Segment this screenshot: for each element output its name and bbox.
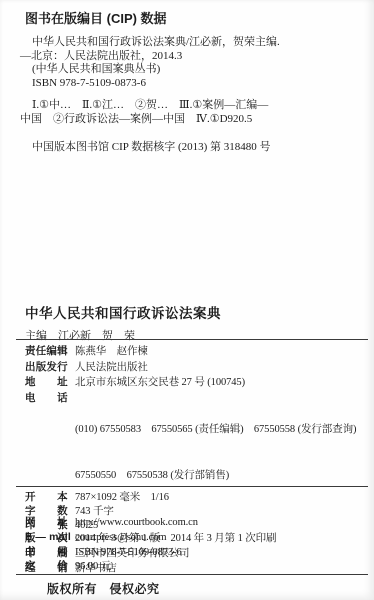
cip-classification: Ⅰ.①中… Ⅱ.①江… ②贺… Ⅲ.①案例—汇编— 中国 ②行政诉讼法—案例—中… (25, 99, 364, 126)
row-label: 书 号 (25, 546, 75, 560)
row-value: ISBN 978-7-5109-0873-6 (75, 546, 182, 560)
row-label: 印 张 (25, 519, 75, 533)
metrics-table: 开 本 787×1092 毫米 1/16 字 数 743 千字 印 张 40.2… (25, 491, 368, 574)
row-sheets: 印 张 40.25 (25, 519, 368, 533)
row-responsible-editors: 责任编辑 陈燕华 赵作楝 (25, 344, 368, 360)
cip-publisher-line: —北京：人民法院出版社，2014.3 (20, 50, 364, 64)
cip-description: 中华人民共和国行政诉讼法案典/江必新，贺荣主编. —北京：人民法院出版社，201… (25, 36, 364, 90)
book-title: 中华人民共和国行政诉讼法案典 (25, 302, 364, 322)
row-label: 责任编辑 (25, 344, 75, 360)
cip-registry-number: 中国版本图书馆 CIP 数据核字 (2013) 第 318480 号 (25, 138, 364, 154)
row-value: 2014 年 3 月第 1 版 2014 年 3 月第 1 次印刷 (75, 532, 276, 546)
row-value: 40.25 (75, 519, 98, 533)
row-label: 地 址 (25, 375, 75, 391)
cip-isbn-line: ISBN 978-7-5109-0873-6 (25, 77, 364, 91)
row-value: 96.00 元 (75, 560, 111, 574)
editors-line: 主编 江必新 贺 荣 (25, 327, 364, 343)
divider-bottom (16, 574, 368, 575)
row-format: 开 本 787×1092 毫米 1/16 (25, 491, 368, 505)
row-label: 开 本 (25, 491, 75, 505)
row-label: 版 次 (25, 532, 75, 546)
row-address: 地 址 北京市东城区东交民巷 27 号 (100745) (25, 375, 368, 391)
telephone-line-2: 67550550 67550538 (发行部销售) (75, 468, 356, 484)
title-block: 中华人民共和国行政诉讼法案典 主编 江必新 贺 荣 (25, 302, 364, 343)
cip-series-line: (中华人民共和国案典丛书) (25, 63, 364, 77)
row-value: 743 千字 (75, 505, 114, 519)
classification-line-2: 中国 ②行政诉讼法—案例—中国 Ⅳ.①D920.5 (20, 113, 364, 127)
row-label: 定 价 (25, 560, 75, 574)
row-label: 出版发行 (25, 360, 75, 376)
divider-middle (16, 486, 368, 487)
telephone-line-1: (010) 67550583 67550565 (责任编辑) 67550558 … (75, 422, 356, 438)
divider-top (16, 339, 368, 340)
row-label: 电 话 (25, 391, 75, 407)
cip-block: 图书在版编目 (CIP) 数据 中华人民共和国行政诉讼法案典/江必新，贺荣主编.… (25, 8, 364, 154)
row-publisher: 出版发行 人民法院出版社 (25, 360, 368, 376)
row-edition: 版 次 2014 年 3 月第 1 版 2014 年 3 月第 1 次印刷 (25, 532, 368, 546)
copyright-notice: 版权所有 侵权必究 (47, 580, 160, 597)
row-value: 陈燕华 赵作楝 (75, 344, 148, 360)
classification-line-1: Ⅰ.①中… Ⅱ.①江… ②贺… Ⅲ.①案例—汇编— (25, 99, 364, 113)
row-value: 787×1092 毫米 1/16 (75, 491, 169, 505)
row-word-count: 字 数 743 千字 (25, 505, 368, 519)
cip-heading: 图书在版编目 (CIP) 数据 (25, 8, 364, 27)
row-value: 人民法院出版社 (75, 360, 148, 376)
row-price: 定 价 96.00 元 (25, 560, 368, 574)
copyright-page: 图书在版编目 (CIP) 数据 中华人民共和国行政诉讼法案典/江必新，贺荣主编.… (0, 0, 374, 600)
row-isbn: 书 号 ISBN 978-7-5109-0873-6 (25, 546, 368, 560)
row-value: 北京市东城区东交民巷 27 号 (100745) (75, 375, 245, 391)
row-label: 字 数 (25, 505, 75, 519)
cip-title-line: 中华人民共和国行政诉讼法案典/江必新，贺荣主编. (25, 36, 364, 50)
